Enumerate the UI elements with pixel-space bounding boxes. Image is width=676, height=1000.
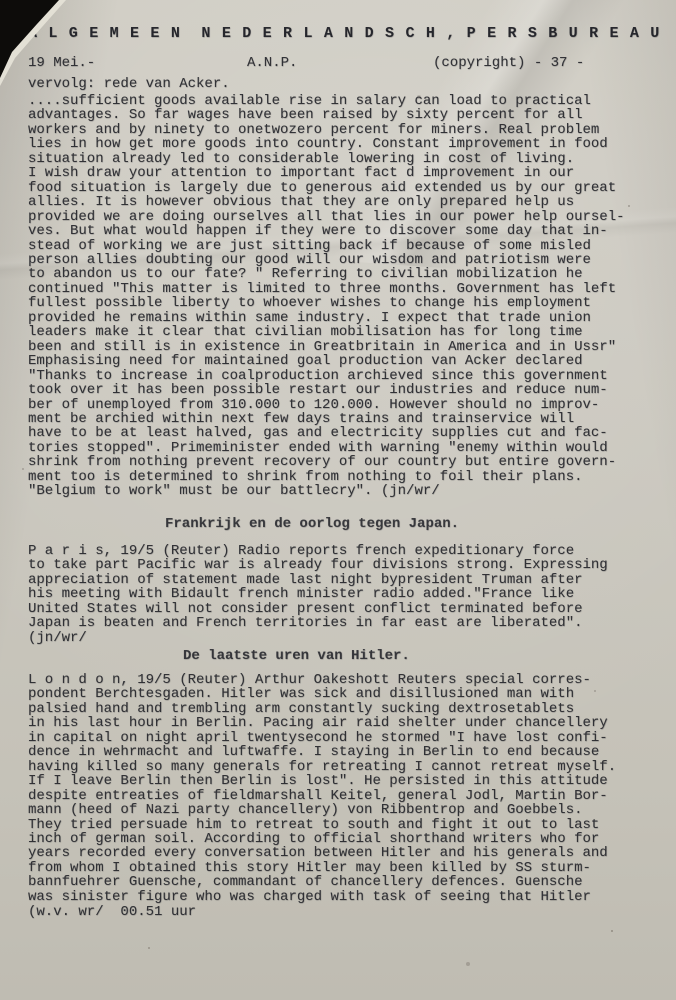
agency-label: A.N.P. (247, 56, 297, 70)
article-japan-body: P a r i s, 19/5 (Reuter) Radio reports f… (28, 544, 664, 645)
page: A L G E M E E N N E D E R L A N D S C H … (0, 0, 676, 1000)
article-acker-body: ....sufficient goods available rise in s… (28, 94, 664, 499)
section-title-hitler: De laatste uren van Hitler. (183, 649, 410, 663)
copyright-page-label: (copyright) - 37 - (433, 56, 584, 70)
section-title-japan: Frankrijk en de oorlog tegen Japan. (165, 517, 459, 531)
signoff-line: (w.v. wr/ 00.51 uur (28, 905, 196, 919)
date-label: 19 Mei.- (28, 56, 95, 70)
article-hitler-body: L o n d o n, 19/5 (Reuter) Arthur Oakesh… (28, 673, 672, 904)
continuation-line: vervolg: rede van Acker. (28, 77, 230, 91)
masthead-title: A L G E M E E N N E D E R L A N D S C H … (28, 27, 661, 41)
